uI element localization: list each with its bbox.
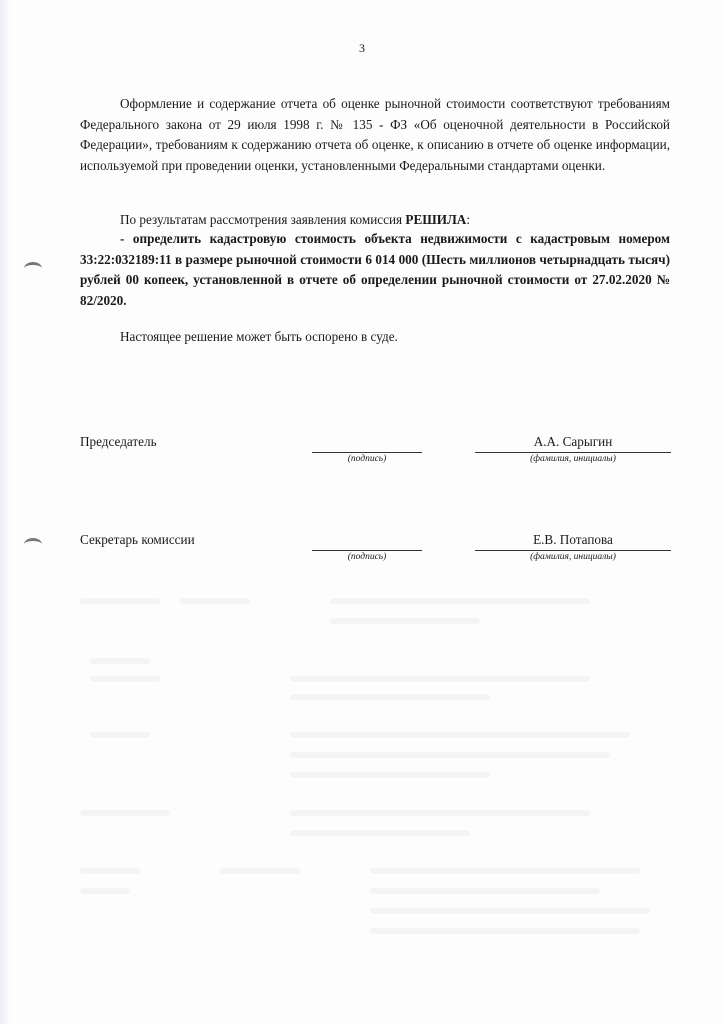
page-number: 3 <box>0 41 724 56</box>
secretary-signature-line <box>312 550 422 551</box>
decision-intro: По результатам рассмотрения заявления ко… <box>80 210 670 231</box>
decision-colon: : <box>466 212 470 227</box>
secretary-name-line <box>475 550 671 551</box>
chairman-name-line <box>475 452 671 453</box>
chairman-name-caption: (фамилия, инициалы) <box>475 454 671 464</box>
punch-hole-mark-icon <box>24 538 42 551</box>
secretary-signature-caption: (подпись) <box>312 552 422 562</box>
decision-keyword: РЕШИЛА <box>405 212 466 227</box>
secretary-name: Е.В. Потапова <box>475 532 671 548</box>
document-page: 3 Оформление и содержание отчета об оцен… <box>0 0 724 1024</box>
chairman-label: Председатель <box>80 434 157 450</box>
chairman-signature-line <box>312 452 422 453</box>
secretary-name-caption: (фамилия, инициалы) <box>475 552 671 562</box>
decision-text: - определить кадастровую стоимость объек… <box>80 229 670 311</box>
scan-edge-shadow <box>0 0 10 1024</box>
decision-intro-text: По результатам рассмотрения заявления ко… <box>120 212 405 227</box>
punch-hole-mark-icon <box>24 262 42 275</box>
appeal-note: Настоящее решение может быть оспорено в … <box>80 327 670 348</box>
compliance-paragraph: Оформление и содержание отчета об оценке… <box>80 94 670 176</box>
chairman-signature-caption: (подпись) <box>312 454 422 464</box>
secretary-label: Секретарь комиссии <box>80 532 195 548</box>
chairman-name: А.А. Сарыгин <box>475 434 671 450</box>
